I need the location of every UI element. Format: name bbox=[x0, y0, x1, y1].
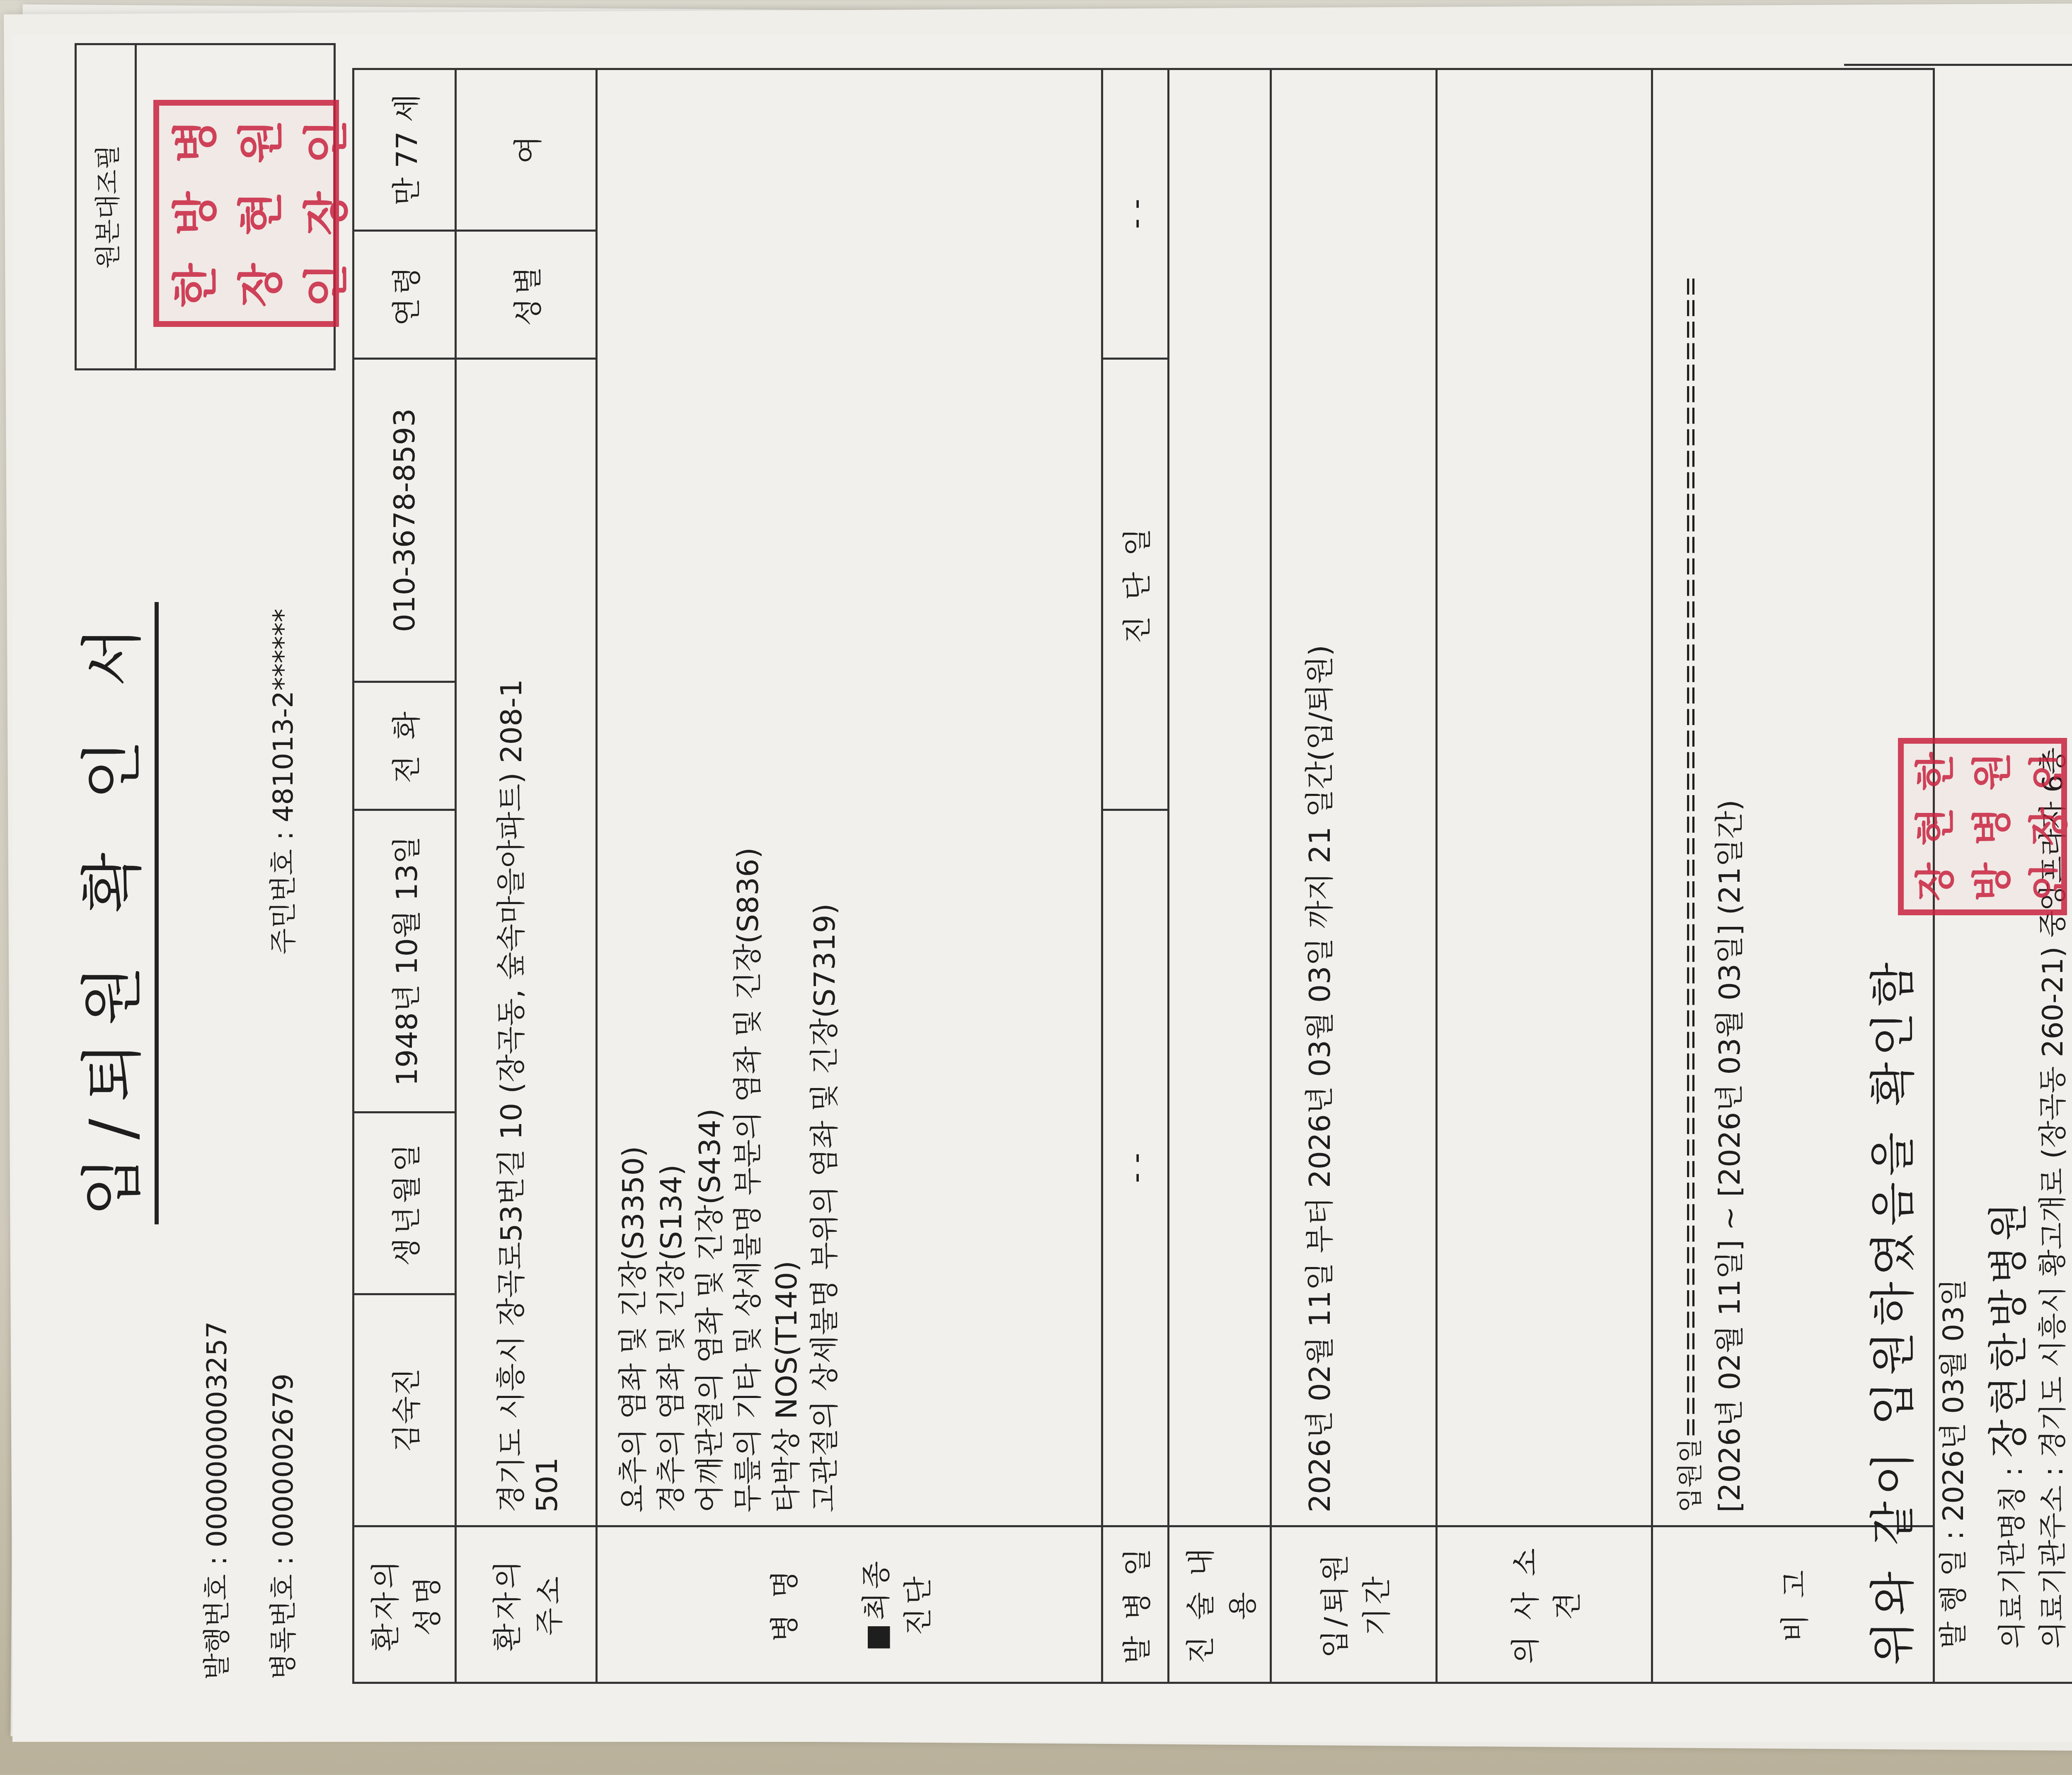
onset-date: - - bbox=[1102, 810, 1169, 1526]
patient-phone: 010-3678-8593 bbox=[353, 359, 456, 682]
patient-address: 경기도 시흥시 장곡로53번길 10 (장곡동, 숲속마을아파트) 208-1 … bbox=[456, 359, 597, 1526]
patient-name-label: 환자의 성명 bbox=[353, 1526, 456, 1683]
age-label: 연령 bbox=[353, 230, 456, 359]
confirmation-statement: 위와 같이 입원하였음을 확인함 bbox=[1857, 957, 1922, 1665]
diagnosis-item: 타박상 NOS(T140) bbox=[767, 82, 806, 1513]
phone-label: 전 화 bbox=[353, 682, 456, 810]
doctor-opinion-label: 의 사 소 견 bbox=[1437, 1526, 1652, 1683]
issue-number: 발행번호 : 0000000003257 bbox=[195, 1321, 234, 1680]
birth-date: 1948년 10월 13일 bbox=[353, 810, 456, 1112]
patient-name: 김숙진 bbox=[353, 1294, 456, 1526]
statement-label: 진 술 내 용 bbox=[1169, 1526, 1271, 1683]
diagnosis-list: 요추의 염좌 및 긴장(S3350) 경추의 염좌 및 긴장(S134) 어깨관… bbox=[597, 69, 1102, 1526]
final-diagnosis-label: ■최종 진단 bbox=[853, 1540, 937, 1669]
patient-age: 만 77 세 bbox=[353, 69, 456, 231]
certificate-footer: 위와 같이 입원하였음을 확인함 발 행 일 : 2026년 03월 03일 의… bbox=[1844, 64, 2072, 1684]
diagnosis-item: 경추의 염좌 및 긴장(S134) bbox=[652, 82, 690, 1513]
issue-date: 발 행 일 : 2026년 03월 03일 bbox=[1931, 1279, 1971, 1649]
onset-label: 발 병 일 bbox=[1102, 1526, 1169, 1683]
certificate-table: 환자의 성명 김숙진 생년월일 1948년 10월 13일 전 화 010-36… bbox=[352, 68, 1935, 1684]
institution-name: 의료기관명칭 : 장현한방병원 bbox=[1977, 1197, 2033, 1649]
hospital-seal-stamp: 한방병장현원인장인 bbox=[153, 100, 339, 327]
diagnosis-item: 어깨관절의 염좌 및 긴장(S434) bbox=[691, 82, 729, 1513]
diagnosis-item: 고관절의 상세불명 부위의 염좌 및 긴장(S7319) bbox=[806, 82, 844, 1513]
diagnosis-label-cell: 병 명 ■최종 진단 bbox=[597, 1526, 1102, 1683]
diagnosis-item: 무릎의 기타 및 상세불명 부분의 염좌 및 긴장(S836) bbox=[729, 82, 767, 1513]
resident-number: 주민번호 : 481013-2****** bbox=[261, 609, 300, 955]
statement-value bbox=[1169, 69, 1271, 1526]
sex-label: 성별 bbox=[456, 230, 597, 359]
address-label: 환자의 주소 bbox=[456, 1526, 597, 1683]
copy-certification-box: 원본대조필 한방병장현원인장인 bbox=[75, 43, 336, 370]
diagnosis-date-label: 진 단 일 bbox=[1102, 359, 1169, 810]
diagnosis-date: - - bbox=[1102, 69, 1169, 359]
copy-certification-label: 원본대조필 bbox=[77, 45, 137, 368]
record-number: 병록번호 : 0000002679 bbox=[261, 1374, 300, 1680]
institution-seal-stamp: 장현한방병원인장인 bbox=[1898, 738, 2067, 915]
birth-label: 생년월일 bbox=[353, 1112, 456, 1294]
patient-sex: 여 bbox=[456, 69, 597, 231]
document-page: 입/퇴원 확 인 서 원본대조필 한방병장현원인장인 발행번호 : 000000… bbox=[12, 35, 2072, 1742]
doctor-opinion-value bbox=[1437, 69, 1652, 1526]
admission-period-value: 2026년 02월 11일 부터 2026년 03월 03일 까지 21 일간(… bbox=[1271, 69, 1437, 1526]
admission-period-label: 입/퇴원기간 bbox=[1271, 1526, 1437, 1683]
diagnosis-item: 요추의 염좌 및 긴장(S3350) bbox=[614, 82, 652, 1513]
